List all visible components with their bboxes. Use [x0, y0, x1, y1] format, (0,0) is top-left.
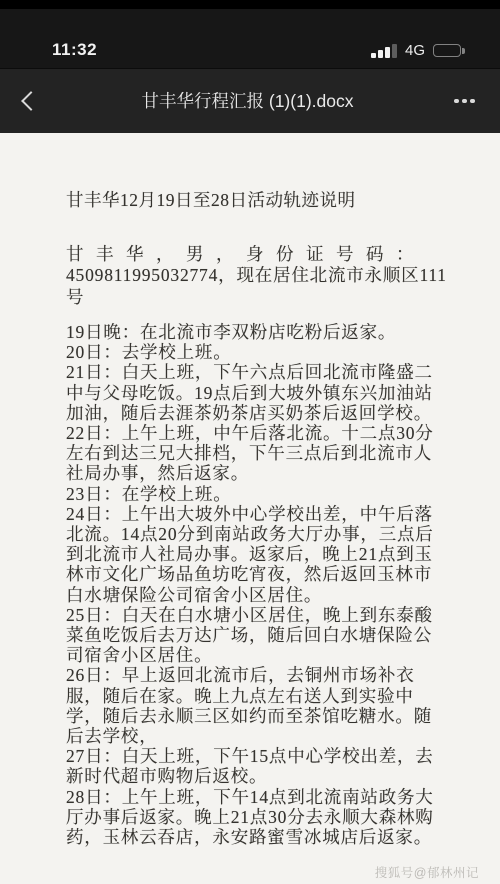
document-line: 药，玉林云吞店，永安路蜜雪冰城店后返家。 [66, 827, 433, 847]
nav-bar: 甘丰华行程汇报 (1)(1).docx [0, 68, 500, 133]
status-time: 11:32 [52, 41, 97, 59]
document-filename-title: 甘丰华行程汇报 (1)(1).docx [60, 91, 435, 111]
signal-bars-icon [371, 44, 397, 58]
document-line: 号 [66, 287, 433, 308]
document-line: 24日：上午出大坡外中心学校出差，中午后落 [66, 504, 433, 524]
document-line: 北流。14点20分到南站政务大厅办事，三点后 [66, 524, 433, 544]
document-line: 27日：白天上班，下午15点中心学校出差，去 [66, 746, 433, 766]
document-heading: 甘丰华12月19日至28日活动轨迹说明 [66, 189, 433, 211]
document-line: 21日：白天上班，下午六点后回北流市隆盛二 [66, 362, 433, 382]
document-line: 厅办事后返家。晚上21点30分去永顺大森林购 [66, 807, 433, 827]
ellipsis-icon [454, 99, 475, 104]
document-line: 到北流市人社局办事。返家后，晚上21点到玉 [66, 544, 433, 564]
document-line: 26日：早上返回北流市后，去铜州市场补衣 [66, 665, 433, 685]
chevron-left-icon [21, 91, 41, 111]
document-line: 19日晚：在北流市李双粉店吃粉后返家。 [66, 322, 433, 342]
document-line: 后去学校， [66, 726, 433, 746]
document-line: 菜鱼吃饭后去万达广场，随后回白水塘保险公 [66, 625, 433, 645]
document-line: 白水塘保险公司宿舍小区居住。 [66, 585, 433, 605]
document-line: 加油，随后去涯茶奶茶店买奶茶后返回学校。 [66, 403, 433, 423]
document-intro-paragraph: 甘丰华，男，身份证号码：4509811995032774，现在居住北流市永顺区1… [66, 244, 433, 308]
back-button[interactable] [20, 81, 60, 121]
document-line: 新时代超市购物后返校。 [66, 766, 433, 786]
document-line: 中与父母吃饭。19点后到大坡外镇东兴加油站 [66, 383, 433, 403]
document-line: 甘丰华，男，身份证号码： [66, 244, 433, 265]
watermark: 搜狐号@郁林州记 [375, 863, 479, 881]
document-line: 20日：去学校上班。 [66, 342, 433, 362]
document-line: 23日：在学校上班。 [66, 484, 433, 504]
document-line: 左右到达三兄大排档，下午三点后到北流市人 [66, 443, 433, 463]
status-indicators: 4G [371, 42, 465, 59]
document-line: 22日：上午上班，中午后落北流。十二点30分 [66, 423, 433, 443]
document-line: 25日：白天在白水塘小区居住，晚上到东泰酸 [66, 605, 433, 625]
document-viewport[interactable]: 甘丰华12月19日至28日活动轨迹说明 甘丰华，男，身份证号码：45098119… [0, 133, 500, 884]
document-line: 司宿舍小区居住。 [66, 645, 433, 665]
document-line: 学，随后去永顺三区如约而至茶馆吃糖水。随 [66, 706, 433, 726]
network-type-label: 4G [405, 43, 425, 58]
document-line: 社局办事，然后返家。 [66, 463, 433, 483]
screen-top-strip [0, 0, 500, 9]
battery-icon [433, 44, 461, 58]
document-line: 28日：上午上班，下午14点到北流南站政务大 [66, 787, 433, 807]
document-line: 林市文化广场品鱼坊吃宵夜，然后返回玉林市 [66, 564, 433, 584]
document-line: 服，随后在家。晚上九点左右送人到实验中 [66, 686, 433, 706]
document-body: 19日晚：在北流市李双粉店吃粉后返家。20日：去学校上班。21日：白天上班，下午… [66, 322, 433, 847]
status-bar: 11:32 4G [0, 9, 500, 68]
more-menu-button[interactable] [435, 81, 475, 121]
document-line: 4509811995032774，现在居住北流市永顺区111 [66, 265, 433, 286]
phone-screen: 11:32 4G 甘丰华行程汇报 (1)(1).docx 甘丰华12月19日至2… [0, 0, 500, 884]
